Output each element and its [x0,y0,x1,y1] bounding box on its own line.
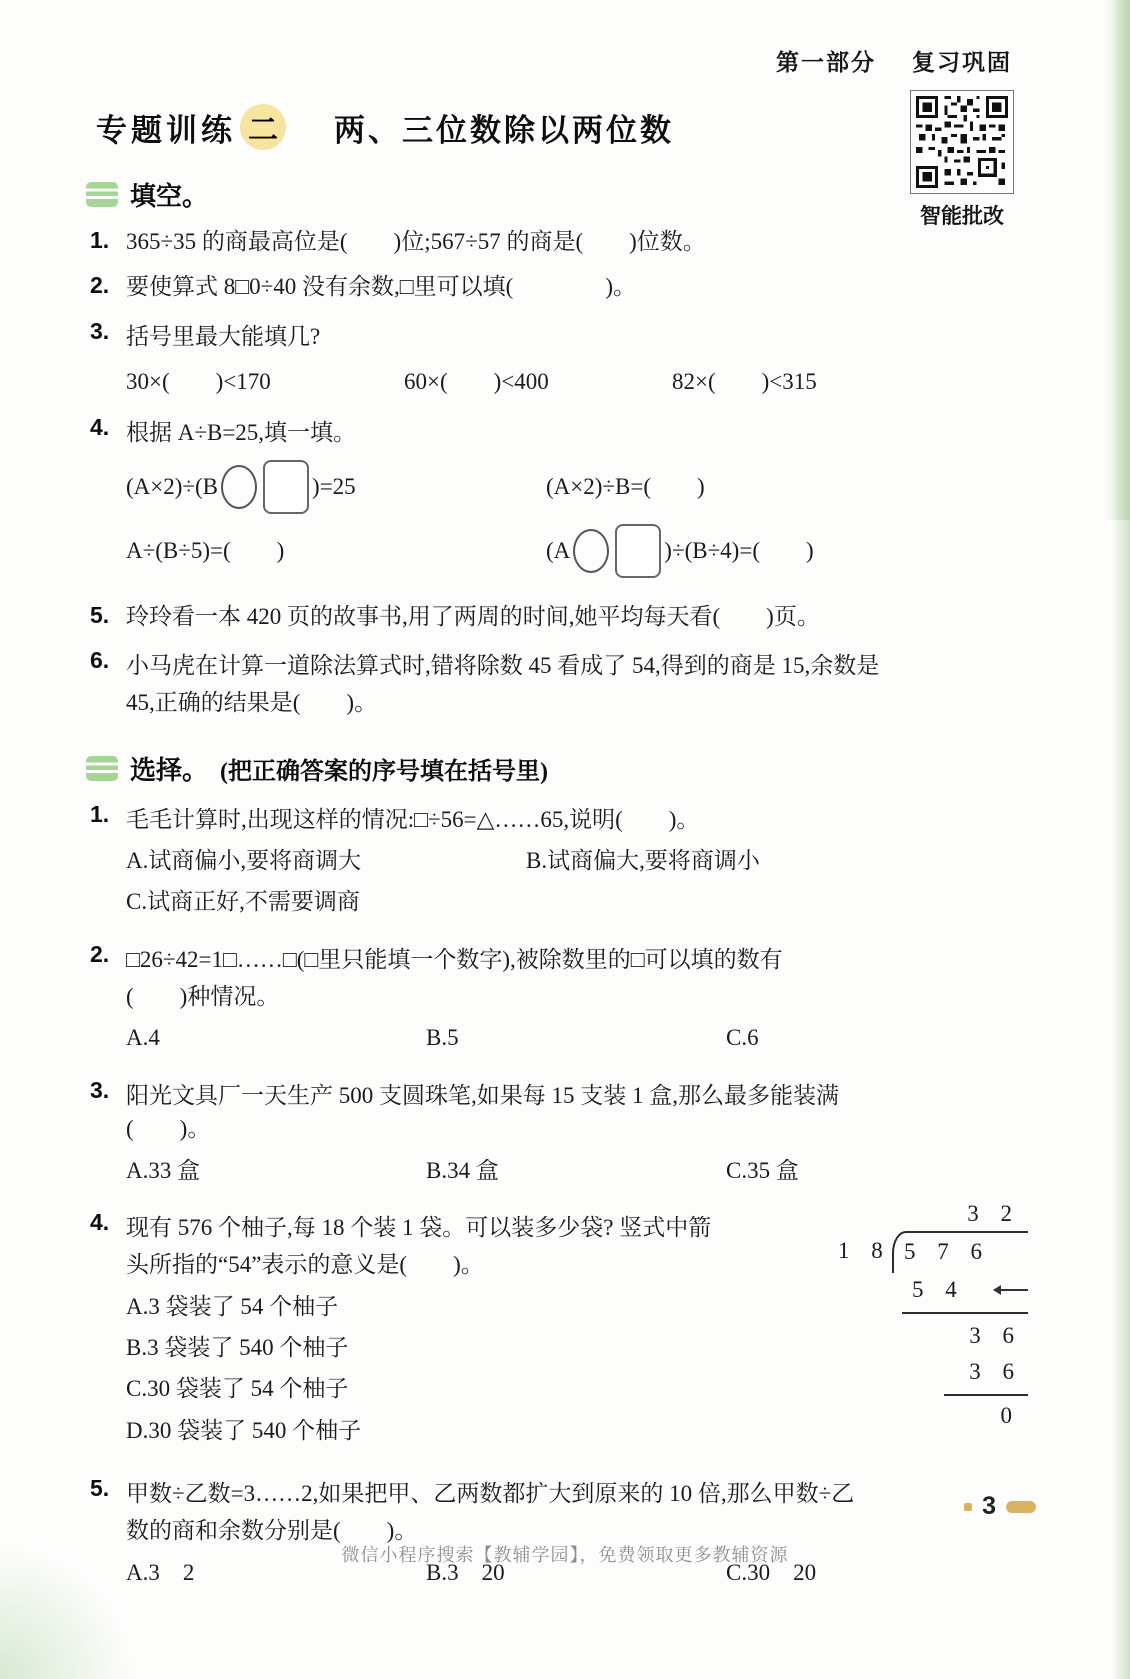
number-box-blank [615,524,661,578]
fill-question-2: 2. 要使算式 8□0÷40 没有余数,□里可以填( )。 [90,270,920,303]
formula-1: (A×2)÷(B )=25 [126,460,546,514]
qr-panel: 智能批改 [906,90,1018,230]
section-choice-title: 选择。 [130,750,208,787]
option-row: A.33 盒 B.34 盒 C.35 盒 [126,1154,920,1187]
question-number: 1. [90,799,126,927]
section-choice-heading: 选择。(把正确答案的序号填在括号里) [86,750,920,787]
question-text-line1: □26÷42=1□……□(□里只能填一个数字),被除数里的□可以填的数有 [126,943,920,976]
running-header: 第一部分 复习巩固 [776,44,1012,77]
choice-question-5: 5. 甲数÷乙数=3……2,如果把甲、乙两数都扩大到原来的 10 倍,那么甲数÷… [90,1473,920,1597]
page-corner-texture [0,1549,140,1679]
choice-question-4: 4. 现有 576 个柚子,每 18 个装 1 袋。可以装多少袋? 竖式中箭 头… [90,1207,920,1455]
division-rule-1 [902,1312,1028,1314]
question-text: 要使算式 8□0÷40 没有余数,□里可以填( )。 [126,274,636,299]
page-number-value: 3 [982,1492,996,1521]
expression-3: 82×( )<315 [672,365,920,398]
notebook-icon [86,756,118,781]
division-rule-2 [944,1394,1028,1396]
question-number: 6. [90,645,126,724]
formula-2: (A×2)÷B=( ) [546,470,920,503]
question-number: 4. [90,1207,126,1455]
operator-circle-blank [573,529,609,573]
long-division-diagram: 3 2 1 8 5 7 6 5 4 3 6 3 6 0 [838,1199,1028,1431]
question-number: 1. [90,225,126,258]
formula-row-2: A÷(B÷5)=( ) (A )÷(B÷4)=( ) [126,524,920,578]
option-a: A.33 盒 [126,1154,426,1187]
expression-2: 60×( )<400 [404,365,672,398]
question-number: 3. [90,1075,126,1195]
division-dividend: 5 7 6 [892,1231,1028,1273]
page-number-dot [964,1503,972,1511]
fill-question-6: 6. 小马虎在计算一道除法算式时,错将除数 45 看成了 54,得到的商是 15… [90,645,920,724]
option-b: B.34 盒 [426,1154,726,1187]
qr-code [910,90,1014,194]
choice-question-3: 3. 阳光文具厂一天生产 500 支圆珠笔,如果每 15 支装 1 盒,那么最多… [90,1075,920,1195]
formula-3: A÷(B÷5)=( ) [126,534,546,567]
division-step-3: 3 6 [902,1357,1028,1387]
question-text-line2: 头所指的“54”表示的意义是( )。 [126,1248,920,1281]
header-unit-label: 复习巩固 [912,44,1012,77]
footer-promo-text: 微信小程序搜索【教辅学园】，免费领取更多教辅资源 [0,1541,1130,1567]
fill-question-3: 3. 括号里最大能填几? 30×( )<170 60×( )<400 82×( … [90,316,920,401]
section-fill-heading: 填空。 [86,176,920,213]
choice-question-1: 1. 毛毛计算时,出现这样的情况:□÷56=△……65,说明( )。 A.试商偏… [90,799,920,927]
page-edge-texture-top [1104,0,1130,520]
section-fill-title: 填空。 [130,176,208,213]
question-text-line1: 现有 576 个柚子,每 18 个装 1 袋。可以装多少袋? 竖式中箭 [126,1211,920,1244]
division-main-row: 1 8 5 7 6 [838,1231,1028,1273]
question-text: 根据 A÷B=25,填一填。 [126,416,920,449]
option-row: A.试商偏小,要将商调大 B.试商偏大,要将商调小 [126,844,920,877]
option-c: C.35 盒 [726,1154,920,1187]
question-text-line1: 小马虎在计算一道除法算式时,错将除数 45 看成了 54,得到的商是 15,余数… [126,649,920,682]
question-text: 365÷35 的商最高位是( )位;567÷57 的商是( )位数。 [126,229,706,254]
option-row: A.4 B.5 C.6 [126,1021,920,1054]
formula-1-pre: (A×2)÷(B [126,470,218,503]
question-text: 括号里最大能填几? [126,320,920,353]
fill-question-1: 1. 365÷35 的商最高位是( )位;567÷57 的商是( )位数。 [90,225,920,258]
expression-1: 30×( )<170 [126,365,404,398]
worksheet-body: 填空。 1. 365÷35 的商最高位是( )位;567÷57 的商是( )位数… [0,176,1130,1597]
division-divisor: 1 8 [838,1231,892,1273]
option-b: B.3 袋装了 540 个柚子 [126,1331,920,1364]
page-number: 3 [964,1492,1036,1521]
question-text-line1: 甲数÷乙数=3……2,如果把甲、乙两数都扩大到原来的 10 倍,那么甲数÷乙 [126,1477,920,1510]
formula-4: (A )÷(B÷4)=( ) [546,524,920,578]
division-step-1: 5 4 [902,1275,1028,1305]
formula-row-1: (A×2)÷(B )=25 (A×2)÷B=( ) [126,460,920,514]
division-remainder: 0 [902,1401,1028,1431]
arrow-left-icon [994,1289,1028,1291]
formula-4-post: )÷(B÷4)=( ) [664,534,813,567]
choice-question-2: 2. □26÷42=1□……□(□里只能填一个数字),被除数里的□可以填的数有 … [90,939,920,1063]
question-number: 2. [90,270,126,303]
question-text: 毛毛计算时,出现这样的情况:□÷56=△……65,说明( )。 [126,803,920,836]
option-a: A.3 袋装了 54 个柚子 [126,1290,920,1323]
option-a: A.4 [126,1021,426,1054]
number-box-blank [263,460,309,514]
formula-1-post: )=25 [312,470,356,503]
question-number: 4. [90,412,126,587]
expression-row: 30×( )<170 60×( )<400 82×( )<315 [126,365,920,398]
question-number: 5. [90,600,126,633]
option-c: C.30 袋装了 54 个柚子 [126,1372,920,1405]
question-number: 3. [90,316,126,401]
notebook-icon [86,182,118,207]
qr-code-graphic [916,96,1008,188]
division-step-1-value: 5 4 [912,1275,965,1305]
section-choice-note: (把正确答案的序号填在括号里) [220,751,548,786]
option-c: C.6 [726,1021,920,1054]
fill-question-4: 4. 根据 A÷B=25,填一填。 (A×2)÷(B )=25 (A×2)÷B=… [90,412,920,587]
question-text-line2: ( )种情况。 [126,980,920,1013]
question-text: 玲玲看一本 420 页的故事书,用了两周的时间,她平均每天看( )页。 [126,604,820,629]
option-b: B.试商偏大,要将商调小 [526,844,920,877]
option-b: B.5 [426,1021,726,1054]
option-a: A.试商偏小,要将商调大 [126,844,526,877]
division-quotient: 3 2 [902,1199,1024,1229]
title-number-badge: 二 [240,104,286,150]
header-part-label: 第一部分 [776,44,876,77]
page-number-dash [1006,1501,1036,1513]
title-prefix: 专题训练 [96,105,236,150]
formula-4-pre: (A [546,534,570,567]
fill-question-5: 5. 玲玲看一本 420 页的故事书,用了两周的时间,她平均每天看( )页。 [90,600,920,633]
division-step-2: 3 6 [902,1321,1028,1351]
question-text: 阳光文具厂一天生产 500 支圆珠笔,如果每 15 支装 1 盒,那么最多能装满… [126,1079,920,1146]
option-d: D.30 袋装了 540 个柚子 [126,1414,920,1447]
qr-caption: 智能批改 [906,200,1018,230]
question-text-line2: 45,正确的结果是( )。 [126,686,920,719]
title-main: 两、三位数除以两位数 [334,105,674,150]
question-number: 2. [90,939,126,1063]
option-c: C.试商正好,不需要调商 [126,885,920,918]
operator-circle-blank [221,465,257,509]
